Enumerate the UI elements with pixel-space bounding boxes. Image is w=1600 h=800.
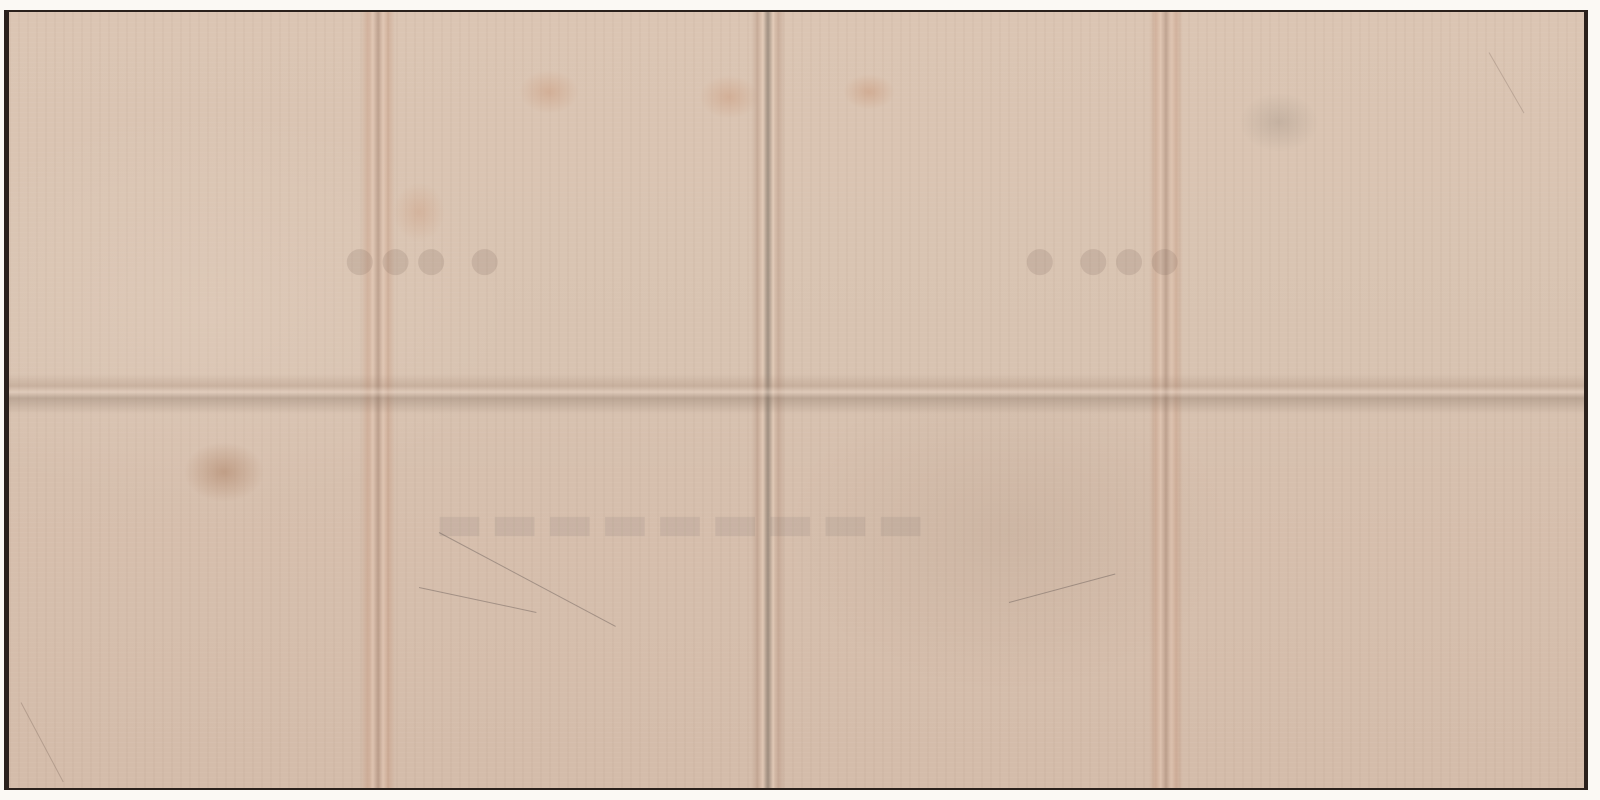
paper-crack-bottom-left bbox=[21, 702, 64, 782]
ink-scribble-left-2 bbox=[419, 587, 537, 613]
paper-crack-top-right bbox=[1489, 52, 1525, 113]
bleed-through-mark-top-left: ● ●●● bbox=[339, 240, 500, 280]
bleed-through-mark-bottom: ▬▬▬▬▬▬▬▬▬ bbox=[429, 492, 925, 553]
bleed-through-mark-top-right: ●●● ● bbox=[1019, 240, 1180, 280]
ink-scribble-right bbox=[1009, 574, 1116, 603]
banknote-reverse: ● ●●● ●●● ● ▬▬▬▬▬▬▬▬▬ bbox=[4, 10, 1588, 790]
fold-crease-horizontal bbox=[9, 374, 1584, 414]
